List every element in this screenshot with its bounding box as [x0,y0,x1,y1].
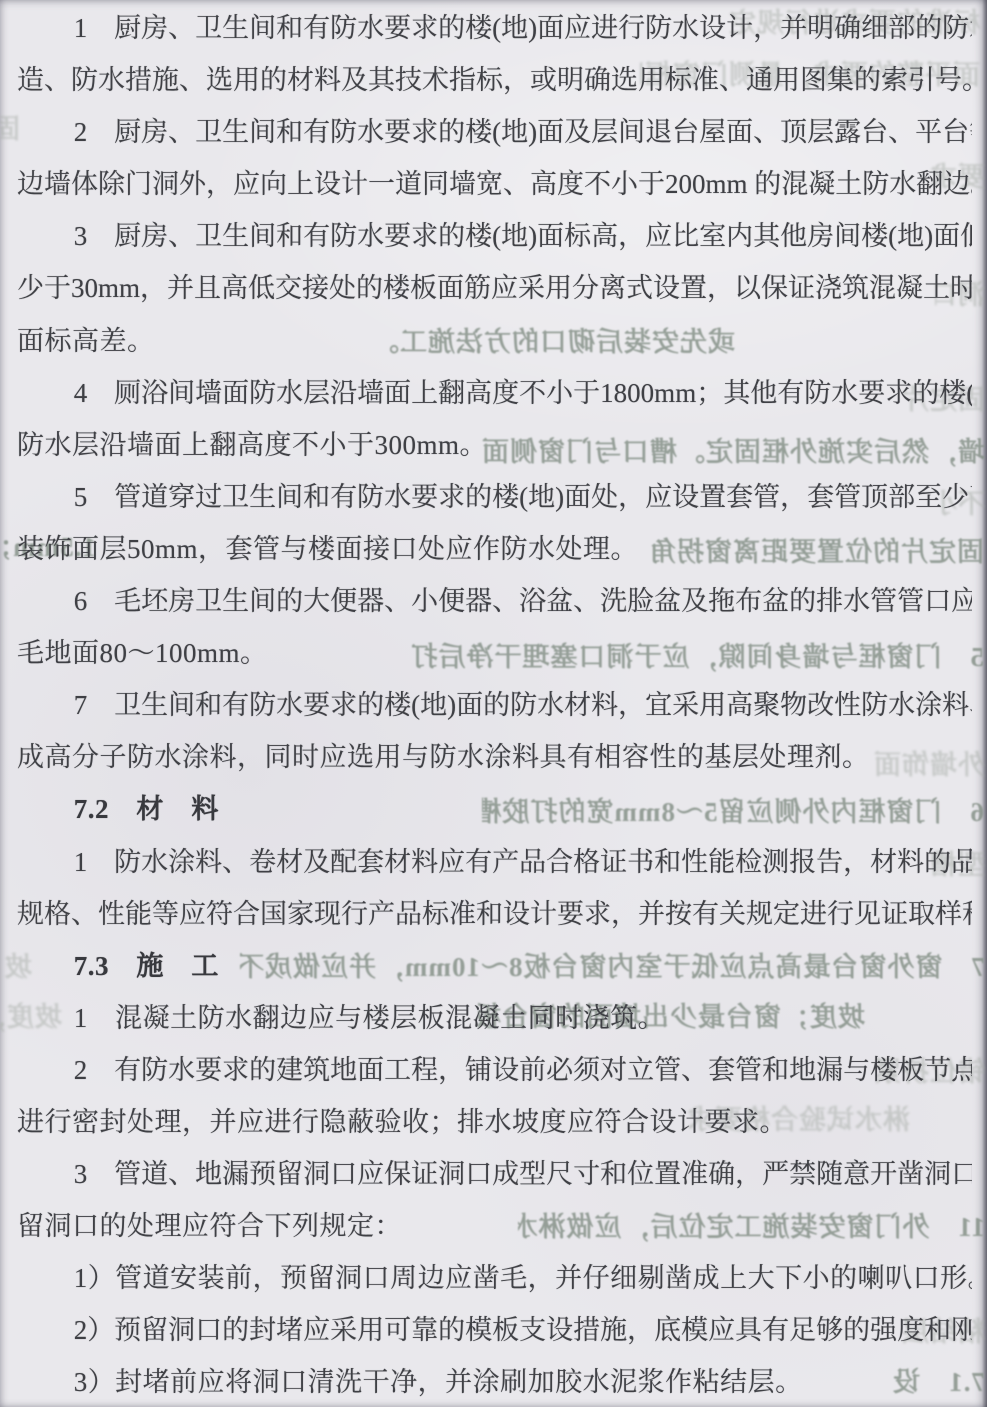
text-line: 装饰面层50mm，套管与楼面接口处应作防水处理。 [17,523,972,575]
section-heading: 7.3 施 工 [17,940,972,992]
text-line: 1 防水涂料、卷材及配套材料应有产品合格证书和性能检测报告，材料的品种、 [17,836,972,888]
text-line: 规格、性能等应符合国家现行产品标准和设计要求，并按有关规定进行见证取样和送检。 [17,888,972,940]
text-line: 2 有防水要求的建筑地面工程，铺设前必须对立管、套管和地漏与楼板节点之间 [17,1044,972,1096]
text-line: 3 厨房、卫生间和有防水要求的楼(地)面标高，应比室内其他房间楼(地)面低不 [17,210,972,262]
text-line: 6 毛坯房卫生间的大便器、小便器、浴盆、洗脸盆及拖布盆的排水管管口应高出 [17,575,972,627]
text-line: 3 管道、地漏预留洞口应保证洞口成型尺寸和位置准确，严禁随意开凿洞口，预 [17,1148,972,1200]
scanned-document-page: 标准的要求进行规定面平整的要求，量测门窗框时先固要求洞口或先安装后砌口的方法施工… [0,0,987,1407]
text-line: 2）预留洞口的封堵应采用可靠的模板支设措施，底模应具有足够的强度和刚度。 [17,1304,972,1356]
text-line: 成高分子防水涂料，同时应选用与防水涂料具有相容性的基层处理剂。 [17,731,972,783]
text-line: 1 混凝土防水翻边应与楼层板混凝土同时浇筑。 [17,992,972,1044]
document-text: 1 厨房、卫生间和有防水要求的楼(地)面应进行防水设计，并明确细部的防水构造、防… [0,0,987,1407]
text-line: 7 卫生间和有防水要求的楼(地)面的防水材料，宜采用高聚物改性防水涂料、合 [17,679,972,731]
text-line: 4 厕浴间墙面防水层沿墙面上翻高度不小于1800mm；其他有防水要求的楼(地)面… [17,367,972,419]
section-heading: 7.2 材 料 [17,783,972,835]
text-line: 留洞口的处理应符合下列规定： [17,1200,972,1252]
text-line: 5 管道穿过卫生间和有防水要求的楼(地)面处，应设置套管，套管顶部至少高出 [17,471,972,523]
text-line: 面标高差。 [17,315,972,367]
text-line: 1）管道安装前，预留洞口周边应凿毛，并仔细剔凿成上大下小的喇叭口形。 [17,1252,972,1304]
text-line: 边墙体除门洞外，应向上设计一道同墙宽、高度不小于200mm 的混凝土防水翻边。 [17,158,972,210]
text-line: 少于30mm，并且高低交接处的楼板面筋应采用分离式设置，以保证浇筑混凝土时楼(地… [17,262,972,314]
text-line: 3）封堵前应将洞口清洗干净，并涂刷加胶水泥浆作粘结层。 [17,1356,972,1407]
text-line: 毛地面80～100mm。 [17,627,972,679]
text-line: 造、防水措施、选用的材料及其技术指标，或明确选用标准、通用图集的索引号。 [17,54,972,106]
text-line: 进行密封处理，并应进行隐蔽验收；排水坡度应符合设计要求。 [17,1096,972,1148]
text-line: 防水层沿墙面上翻高度不小于300mm。 [17,419,972,471]
text-line: 1 厨房、卫生间和有防水要求的楼(地)面应进行防水设计，并明确细部的防水构 [17,2,972,54]
text-line: 2 厨房、卫生间和有防水要求的楼(地)面及层间退台屋面、顶层露台、平台等周 [17,106,972,158]
